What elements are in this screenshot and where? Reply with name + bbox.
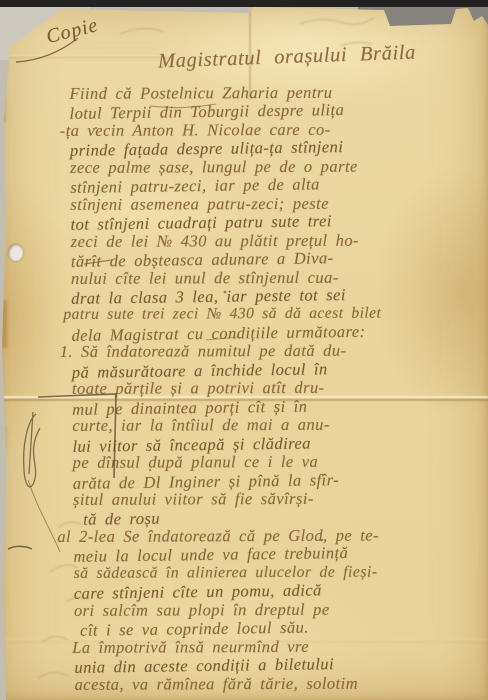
strikethrough-mark [84,260,112,264]
bleed-through-ghost-text [38,18,374,678]
ink-marks-overlay [0,0,488,700]
word-underline [150,104,216,108]
margin-scribble [24,412,40,487]
scanned-manuscript-photo: { "document": { "corner_annotation": "Co… [0,0,488,700]
ink-specks [95,127,323,541]
margin-bracket-mark [38,394,116,478]
word-underline [206,337,238,340]
copie-underline-flourish [16,38,78,62]
margin-dash-mark [8,546,32,549]
margin-scribble-tail [28,480,60,552]
